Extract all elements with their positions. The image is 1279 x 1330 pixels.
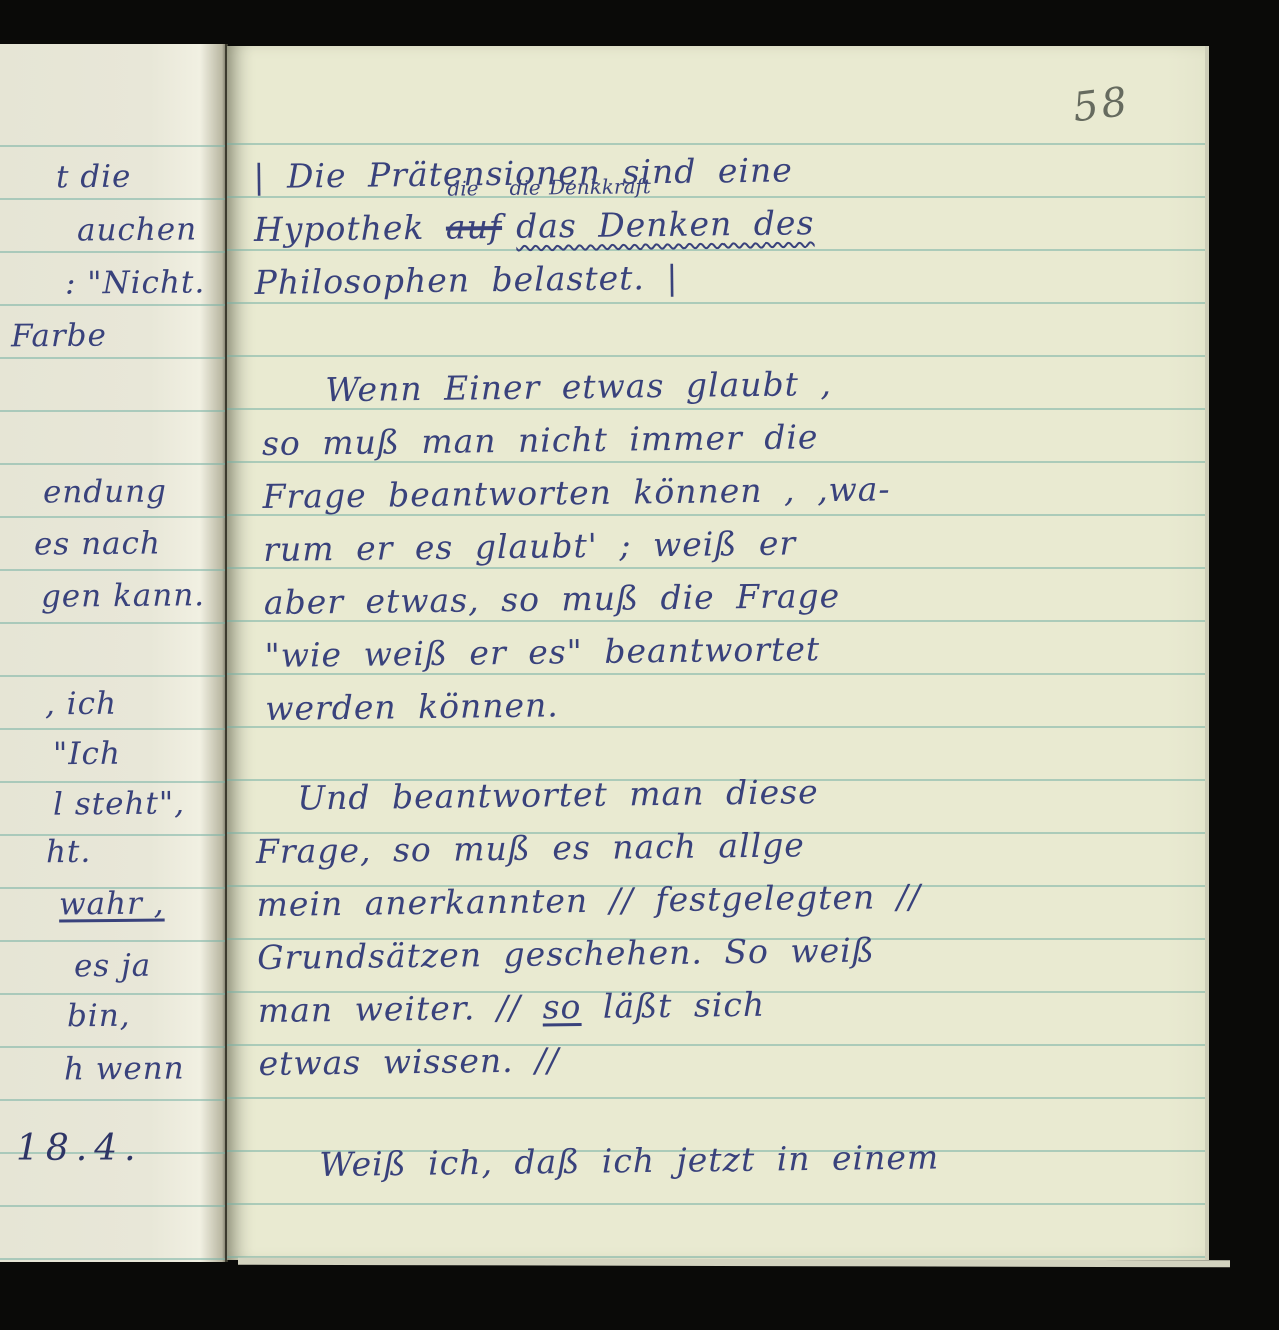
left-page-fragment: : "Nicht. [65,257,206,308]
line-text: mein anerkannten // festgelegten // [256,877,921,924]
manuscript-line: etwas wissen. // [258,1029,923,1090]
left-page-fragment: endung [43,466,167,517]
manuscript-line: mein anerkannten // festgelegten // [256,870,921,931]
left-page-fragment: ht. [46,827,92,877]
line-text: so muß man nicht immer die [262,417,819,463]
date-entry: 18.4. [16,1128,143,1169]
line-text: Philosophen belastet. | [254,258,678,302]
left-page-fragment: bin, [67,991,131,1042]
left-page-fragment: Farbe [11,311,107,362]
line-text: rum er es glaubt' ; weiß er [263,523,796,569]
page-stack-edge [238,1258,1230,1268]
line-text: Hypothek [254,208,446,249]
line-text: werden können. [265,685,559,728]
manuscript-paragraph-1: | Die Prätensionen sind eine Hypothek di… [253,143,815,309]
manuscript-paragraph-4: Weiß ich, daß ich jetzt in einem [319,1130,939,1191]
underlined-word: so [542,987,581,1026]
manuscript-line: Hypothek dieaufdie Denkkraftdas Denken d… [254,196,815,256]
line-text: Frage, so muß es nach allge [256,825,805,871]
wavy-underlined-text: das Denken des [516,203,815,246]
manuscript-line: man weiter. // so läßt sich [258,976,923,1037]
line-text: etwas wissen. // [258,1040,559,1083]
manuscript-line: Frage beantworten können , ‚wa- [262,462,891,523]
left-page-fragment-underlined: wahr , [59,879,165,930]
manuscript-line: Grundsätzen geschehen. So weiß [257,923,922,984]
interlinear-insertion: die [447,178,478,198]
left-page-fragment: h wenn [64,1043,185,1094]
manuscript-paragraph-2: Wenn Einer etwas glaubt , so muß man nic… [261,356,893,735]
struck-word: auf [446,207,503,247]
line-text: Grundsätzen geschehen. So weiß [257,930,875,977]
left-page: t die auchen : "Nicht. Farbe endung es n… [0,44,227,1262]
line-text: Frage beantworten können , ‚wa- [262,469,890,516]
line-text: "wie weiß er es" beantwortet [264,629,820,675]
page-number: 58 [1070,79,1132,132]
manuscript-line: aber etwas, so muß die Frage [264,568,893,629]
left-page-fragment: es nach [34,518,161,569]
manuscript-paragraph-3: Und beantwortet man diese Frage, so muß … [255,764,923,1090]
right-page: 58 | Die Prätensionen sind eine Hypothek… [227,46,1209,1260]
manuscript-line: Wenn Einer etwas glaubt , [261,356,890,417]
correction-group: dieauf [446,200,503,254]
line-text: man weiter. // [258,988,543,1030]
notebook-photo: t die auchen : "Nicht. Farbe endung es n… [0,0,1279,1330]
variant-group: die Denkkraftdas Denken des [502,196,815,253]
interlinear-insertion: die Denkkraft [509,176,651,198]
manuscript-line: so muß man nicht immer die [262,409,891,470]
line-text: aber etwas, so muß die Frage [264,576,841,622]
manuscript-line: werden können. [265,674,894,735]
line-text: Und beantwortet man diese [297,772,819,817]
manuscript-line: Frage, so muß es nach allge [256,817,921,878]
manuscript-line: rum er es glaubt' ; weiß er [263,515,892,576]
line-text: Weiß ich, daß ich jetzt in einem [319,1137,939,1184]
left-page-fragment: "Ich [53,729,121,780]
manuscript-line: "wie weiß er es" beantwortet [264,621,893,682]
manuscript-line: Weiß ich, daß ich jetzt in einem [319,1130,939,1191]
left-page-fragment: gen kann. [41,570,205,621]
left-page-fragment: t die [55,152,131,203]
line-text: läßt sich [581,985,765,1026]
left-page-fragment: auchen [77,204,198,255]
manuscript-line: Und beantwortet man diese [255,764,920,825]
left-page-fragment: es ja [74,941,152,992]
line-text: Wenn Einer etwas glaubt , [325,364,832,409]
left-page-fragment: , ich [45,679,117,730]
left-page-fragment: l steht", [53,778,185,829]
manuscript-line: Philosophen belastet. | [254,249,815,309]
